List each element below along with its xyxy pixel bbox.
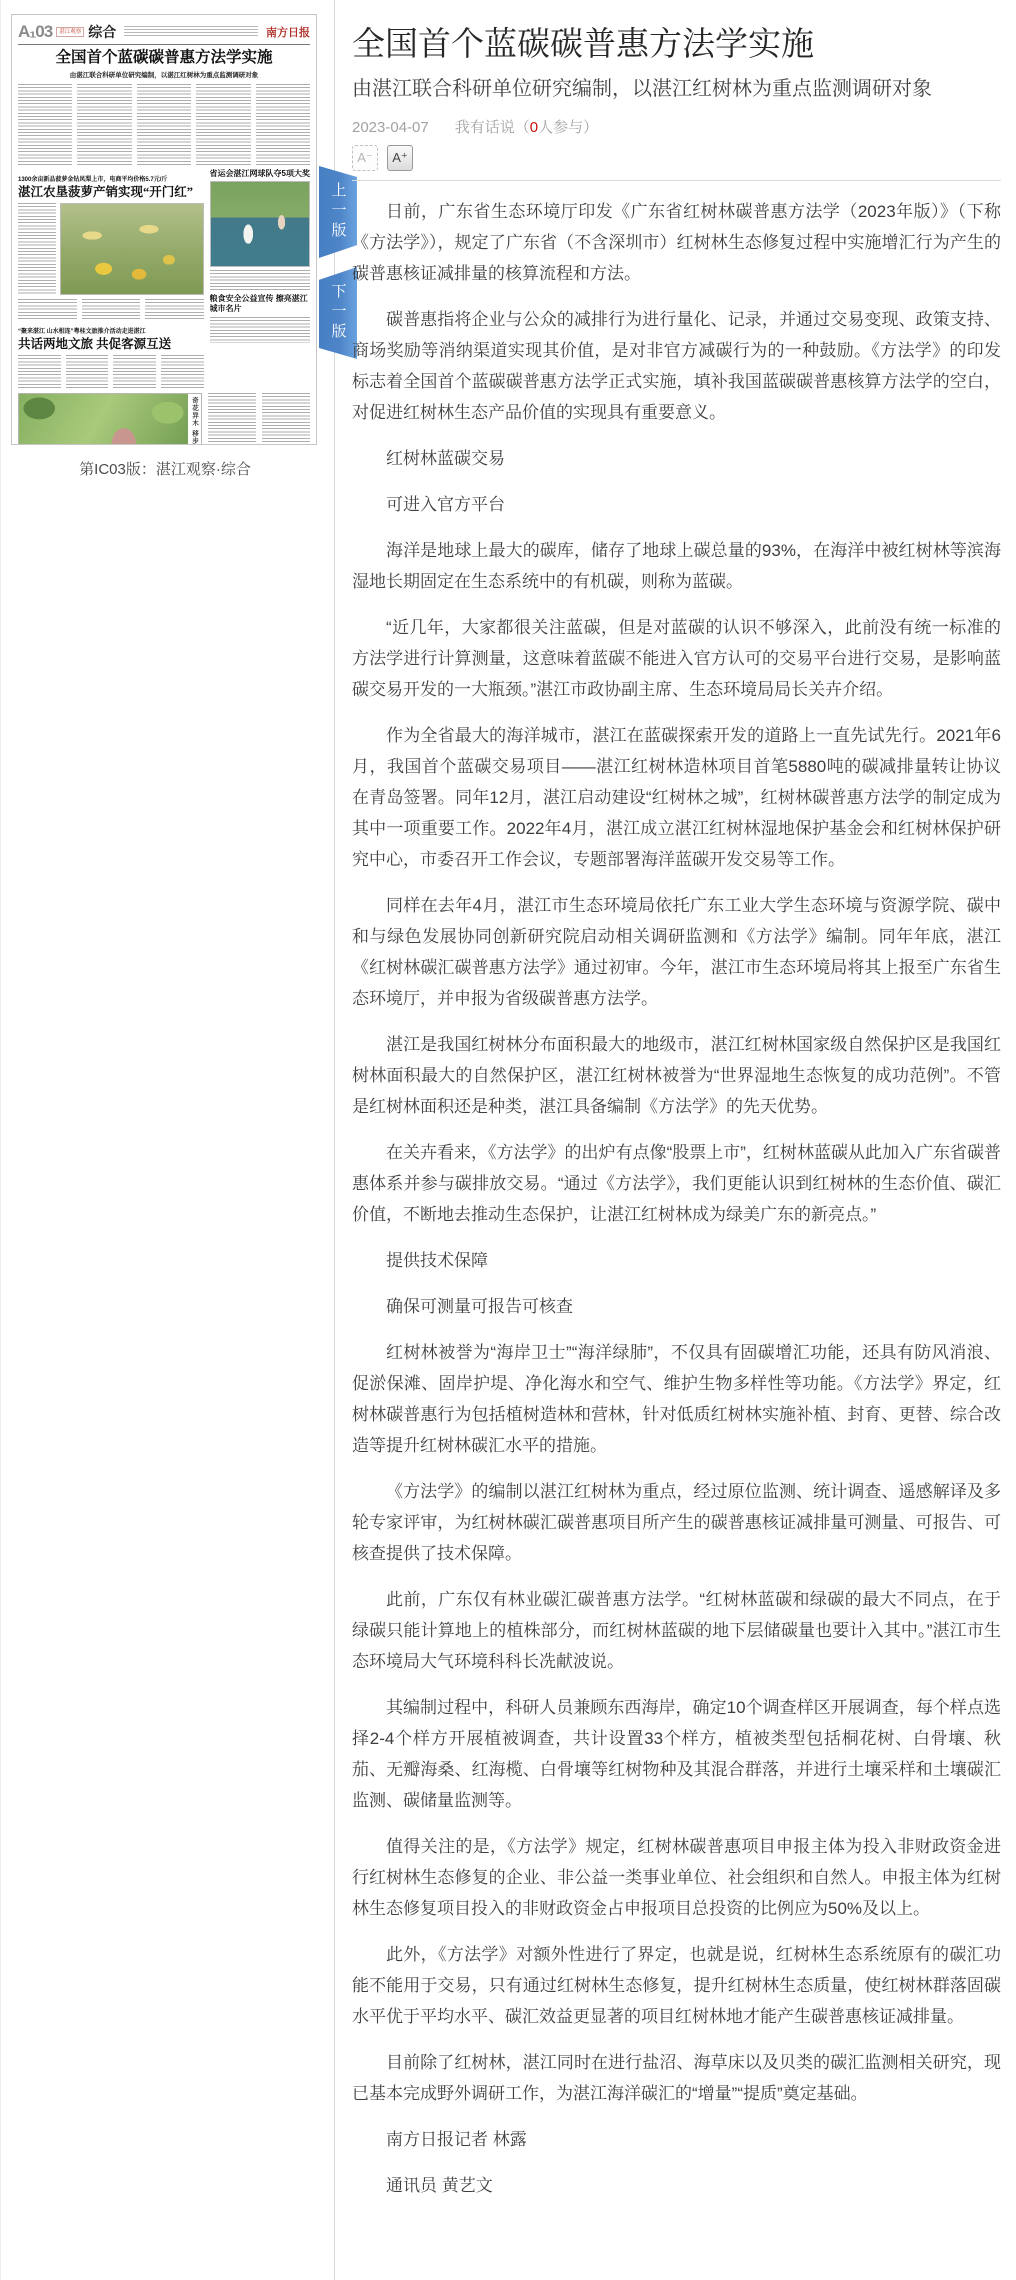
font-smaller-button[interactable]: A⁻ [352, 145, 378, 171]
newsprint-text-block [18, 299, 77, 321]
newspaper-section-box: 湛江观察 [56, 27, 84, 37]
newsprint-columns [18, 84, 310, 166]
newspaper-section-label: 综合 [88, 22, 116, 42]
article-paragraph: 红树林蓝碳交易 [352, 443, 1001, 474]
tennis-headline: 省运会湛江网球队夺5项大奖 [210, 169, 310, 179]
article-paragraph: 目前除了红树林，湛江同时在进行盐沼、海草床以及贝类的碳汇监测相关研究，现已基本完… [352, 2047, 1001, 2109]
article-paragraph: 作为全省最大的海洋城市，湛江在蓝碳探索开发的道路上一直先试先行。2021年6月，… [352, 720, 1001, 875]
header-divider [352, 180, 1001, 181]
pineapple-kicker: 1300余亩新品菠萝金钻凤梨上市，电商平均价格5.7元/斤 [18, 174, 204, 183]
newsprint-text-block [208, 393, 256, 445]
newspaper-headline: 全国首个蓝碳碳普惠方法学实施 [18, 48, 310, 68]
article-panel: 全国首个蓝碳碳普惠方法学实施 由湛江联合科研单位研究编制，以湛江红树林为重点监测… [335, 0, 1009, 2216]
newspaper-subheadline: 由湛江联合科研单位研究编制，以湛江红树林为重点监测调研对象 [18, 70, 310, 79]
article-paragraph: 提供技术保障 [352, 1245, 1001, 1276]
article-paragraph: 其编制过程中，科研人员兼顾东西海岸，确定10个调查样区开展调查，每个样点选择2-… [352, 1692, 1001, 1816]
article-subtitle: 由湛江联合科研单位研究编制，以湛江红树林为重点监测调研对象 [352, 76, 1001, 102]
masthead-rule [18, 44, 310, 45]
article-title: 全国首个蓝碳碳普惠方法学实施 [352, 22, 1001, 66]
article-paragraph: 碳普惠指将企业与公众的减排行为进行量化、记录，并通过交易变现、政策支持、商场奖励… [352, 304, 1001, 428]
page-wrapper: A₁03 湛江观察 综合 南方日报 全国首个蓝碳碳普惠方法学实施 由湛江联合科研… [0, 0, 1016, 2280]
article-paragraph: 湛江是我国红树林分布面积最大的地级市，湛江红树林国家级自然保护区是我国红树林面积… [352, 1029, 1001, 1122]
article-paragraph: 同样在去年4月，湛江市生态环境局依托广东工业大学生态环境与资源学院、碳中和与绿色… [352, 890, 1001, 1014]
newsprint-text-block [262, 393, 310, 445]
tennis-photo [210, 181, 310, 267]
newspaper-bottom-section: 奇花异木 移步换景 [18, 393, 310, 445]
article-paragraph: 海洋是地球上最大的碳库，储存了地球上碳总量的93%，在海洋中被红树林等滨海湿地长… [352, 535, 1001, 597]
article-paragraph: 在关卉看来，《方法学》的出炉有点像“股票上市”，红树林蓝碳从此加入广东省碳普惠体… [352, 1137, 1001, 1230]
article-paragraph: 值得关注的是，《方法学》规定，红树林碳普惠项目申报主体为投入非财政资金进行红树林… [352, 1831, 1001, 1924]
newspaper-page-number: A₁03 [18, 22, 52, 42]
article-paragraph: 可进入官方平台 [352, 489, 1001, 520]
newsprint-text-block [18, 84, 72, 166]
newsprint-text-block [18, 203, 56, 295]
thumbnail-caption: 第IC03版：湛江观察·综合 [1, 458, 329, 479]
article-paragraph: 《方法学》的编制以湛江红树林为重点，经过原位监测、统计调查、遥感解译及多轮专家评… [352, 1476, 1001, 1569]
article-paragraph: 此外，《方法学》对额外性进行了界定，也就是说，红树林生态系统原有的碳汇功能不能用… [352, 1939, 1001, 2032]
article-paragraph: 红树林被誉为“海岸卫士”“海洋绿肺”，不仅具有固碳增汇功能，还具有防风消浪、促淤… [352, 1337, 1001, 1461]
article-paragraph: 通讯员 黄艺文 [352, 2170, 1001, 2201]
article-paragraph: 确保可测量可报告可核查 [352, 1291, 1001, 1322]
article-paragraph: “近几年，大家都很关注蓝碳，但是对蓝碳的认识不够深入，此前没有统一标准的方法学进… [352, 612, 1001, 705]
newsprint-text-block [77, 84, 131, 166]
pineapple-headline: 湛江农垦菠萝产销实现“开门红” [18, 185, 204, 200]
article-meta: 2023-04-07我有话说（0人参与） [352, 116, 1001, 137]
newsprint-text-block [196, 84, 250, 166]
newsprint-text-block [82, 299, 141, 321]
comment-link[interactable]: 我有话说（0人参与） [455, 119, 598, 136]
newsprint-text-block [18, 355, 61, 389]
garden-path-photo [19, 394, 188, 445]
newspaper-masthead: A₁03 湛江观察 综合 南方日报 [18, 21, 310, 43]
garden-photo-label: 奇花异木 移步换景 [188, 394, 201, 445]
newsprint-text-block [145, 299, 204, 321]
article-paragraph: 南方日报记者 林露 [352, 2124, 1001, 2155]
newsprint-text-block [210, 317, 310, 343]
pineapple-field-photo [60, 203, 204, 295]
grain-headline: 粮食安全公益宣传 擦亮湛江城市名片 [210, 294, 310, 314]
newspaper-mid-section: 1300余亩新品菠萝金钻凤梨上市，电商平均价格5.7元/斤 湛江农垦菠萝产销实现… [18, 169, 310, 389]
garden-photo-box: 奇花异木 移步换景 [18, 393, 202, 445]
newsprint-text-block [124, 26, 258, 38]
article-paragraph: 日前，广东省生态环境厅印发《广东省红树林碳普惠方法学（2023年版）》（下称《方… [352, 196, 1001, 289]
tour-headline: 共话两地文旅 共促客源互送 [18, 337, 204, 352]
font-size-controls: A⁻ A⁺ [352, 145, 1001, 171]
newspaper-page-thumbnail[interactable]: A₁03 湛江观察 综合 南方日报 全国首个蓝碳碳普惠方法学实施 由湛江联合科研… [11, 14, 317, 445]
newsprint-text-block [66, 355, 109, 389]
newsprint-text-block [113, 355, 156, 389]
article-paragraph: 此前，广东仅有林业碳汇碳普惠方法学。“红树林蓝碳和绿碳的最大不同点，在于绿碳只能… [352, 1584, 1001, 1677]
article-date: 2023-04-07 [352, 119, 429, 136]
newspaper-brand: 南方日报 [266, 24, 310, 40]
newsprint-text-block [210, 270, 310, 290]
tour-kicker: “聚来湛江 山水相连”粤桂文旅推介活动走进湛江 [18, 326, 204, 335]
newsprint-text-block [137, 84, 191, 166]
newsprint-text-block [161, 355, 204, 389]
newsprint-text-block [256, 84, 310, 166]
article-body: 日前，广东省生态环境厅印发《广东省红树林碳普惠方法学（2023年版）》（下称《方… [352, 196, 1001, 2201]
comment-count: 0 [530, 119, 538, 136]
font-bigger-button[interactable]: A⁺ [387, 145, 413, 171]
